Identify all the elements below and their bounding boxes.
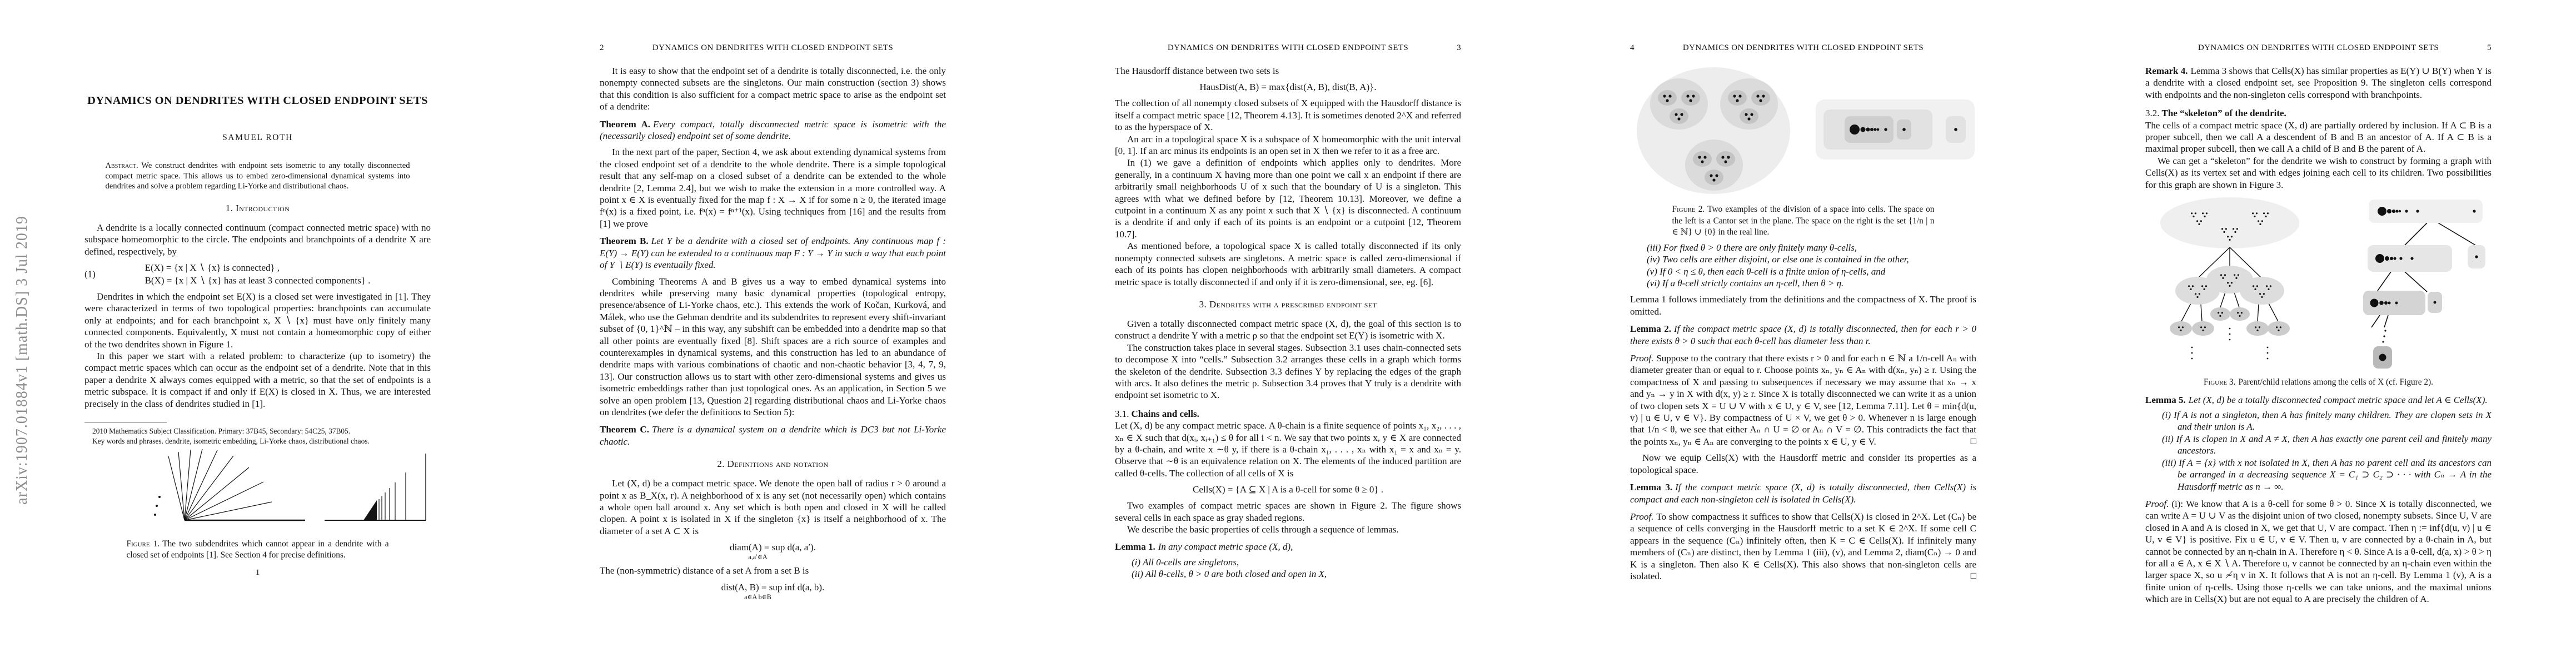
figure-2-caption: Figure 2.Two examples of the division of… bbox=[1672, 204, 1935, 238]
paragraph: In (1) we gave a definition of endpoints… bbox=[1115, 157, 1461, 240]
lemma-3-proof: Proof.To show compactness it suffices to… bbox=[1630, 511, 1976, 582]
equation-diam: diam(A) = sup d(a, a′). a,a′∈A bbox=[600, 541, 946, 561]
subsection-number: 3.1. bbox=[1115, 409, 1129, 419]
equation-dist: dist(A, B) = sup inf d(a, b). a∈A b∈B bbox=[600, 581, 946, 601]
page-number: 5 bbox=[2473, 43, 2492, 53]
lemma-1-text: In any compact metric space (X, d), bbox=[1158, 541, 1293, 552]
paragraph: Combining Theorems A and B gives us a wa… bbox=[600, 276, 946, 419]
cantor-cells-tree-icon bbox=[2160, 197, 2299, 359]
qed-symbol: □ bbox=[1971, 435, 1976, 447]
figure-1-caption-label: Figure 1. bbox=[127, 539, 160, 549]
list-item: (i) All 0-cells are singletons, bbox=[1115, 556, 1461, 568]
subsection-number: 3.2. bbox=[2145, 108, 2160, 118]
proof-label: Proof. bbox=[1630, 511, 1653, 522]
list-item: (iii) For fixed θ > 0 there are only fin… bbox=[1630, 242, 1976, 253]
subsection-heading-skeleton: 3.2.The “skeleton” of the dendrite. bbox=[2145, 107, 2492, 119]
paragraph: Dendrites in which the endpoint set E(X)… bbox=[84, 291, 431, 350]
page-1: arXiv:1907.01884v1 [math.DS] 3 Jul 2019 … bbox=[0, 0, 515, 667]
paragraph: A dendrite is a locally connected contin… bbox=[84, 222, 431, 257]
theorem-c-text: There is a dynamical system on a dendrit… bbox=[600, 424, 946, 446]
section-heading-definitions: 2. Definitions and notation bbox=[600, 459, 946, 470]
paper-title: DYNAMICS ON DENDRITES WITH CLOSED ENDPOI… bbox=[84, 94, 431, 107]
equation-1-line-2: B(X) = {x | X ∖ {x} has at least 3 conne… bbox=[145, 274, 371, 287]
paragraph: Now we equip Cells(X) with the Hausdorff… bbox=[1630, 452, 1976, 476]
section-heading-dendrites: 3. Dendrites with a prescribed endpoint … bbox=[1115, 299, 1461, 310]
cantor-set-cells-icon bbox=[1637, 67, 1790, 194]
theorem-a-label: Theorem A. bbox=[600, 119, 650, 130]
theorem-a: Theorem A.Every compact, totally disconn… bbox=[600, 118, 946, 142]
proof-text: To show compactness it suffices to show … bbox=[1630, 511, 1976, 581]
equation-dist-subscript: a∈A b∈B bbox=[585, 594, 931, 601]
paragraph: The (non-symmetric) distance of a set A … bbox=[600, 565, 946, 576]
author-name: SAMUEL ROTH bbox=[84, 133, 431, 143]
lemma-1-items-continued: (iii) For fixed θ > 0 there are only fin… bbox=[1630, 242, 1976, 290]
running-header: 2 DYNAMICS ON DENDRITES WITH CLOSED ENDP… bbox=[600, 43, 946, 53]
proof-label: Proof. bbox=[2145, 499, 2169, 509]
equation-diam-main: diam(A) = sup d(a, a′). bbox=[600, 541, 946, 554]
lemma-1-items: (i) All 0-cells are singletons, (ii) All… bbox=[1115, 556, 1461, 580]
paragraph: It is easy to show that the endpoint set… bbox=[600, 65, 946, 113]
page-5: DYNAMICS ON DENDRITES WITH CLOSED ENDPOI… bbox=[2061, 0, 2576, 667]
equation-diam-subscript: a,a′∈A bbox=[585, 554, 931, 561]
equation-1-label: (1) bbox=[84, 268, 96, 281]
list-item: (i) If A is not a singleton, then A has … bbox=[2145, 409, 2492, 433]
paragraph: Two examples of compact metric spaces ar… bbox=[1115, 500, 1461, 524]
figure-2 bbox=[1630, 65, 1976, 198]
lemma-5-proof: Proof.(i): We know that A is a θ-cell fo… bbox=[2145, 498, 2492, 605]
lemma-3: Lemma 3.If the compact metric space (X, … bbox=[1630, 481, 1976, 505]
page-4: 4 DYNAMICS ON DENDRITES WITH CLOSED ENDP… bbox=[1546, 0, 2061, 667]
paragraph: The construction takes place in several … bbox=[1115, 342, 1461, 401]
equation-1: (1) E(X) = {x | X ∖ {x} is connected} , … bbox=[84, 261, 431, 287]
list-item: (iii) If A = {x} with x not isolated in … bbox=[2145, 457, 2492, 492]
list-item: (vi) If a θ-cell strictly contains an η-… bbox=[1630, 277, 1976, 289]
remark-4-label: Remark 4. bbox=[2145, 66, 2188, 76]
theorem-c-label: Theorem C. bbox=[600, 424, 649, 435]
running-header: DYNAMICS ON DENDRITES WITH CLOSED ENDPOI… bbox=[1115, 43, 1461, 53]
remark-4-text: Lemma 3 shows that Cells(X) has similar … bbox=[2145, 66, 2492, 100]
proof-text: (i): We know that A is a θ-cell for some… bbox=[2145, 499, 2492, 604]
running-header: DYNAMICS ON DENDRITES WITH CLOSED ENDPOI… bbox=[2145, 43, 2492, 53]
figure-1-caption: Figure 1.The two subdendrites which cann… bbox=[127, 539, 389, 561]
equation-1-line-1: E(X) = {x | X ∖ {x} is connected} , bbox=[145, 261, 371, 274]
lemma-2-text: If the compact metric space (X, d) is to… bbox=[1630, 323, 1976, 346]
paragraph: The cells of a compact metric space (X, … bbox=[2145, 120, 2492, 155]
paragraph: As mentioned before, a topological space… bbox=[1115, 240, 1461, 288]
running-title: DYNAMICS ON DENDRITES WITH CLOSED ENDPOI… bbox=[2164, 43, 2473, 53]
footnote-msc: 2010 Mathematics Subject Classification.… bbox=[84, 426, 431, 436]
figure-3-caption: Figure 3.Parent/child relations among th… bbox=[2163, 377, 2474, 389]
lemma-1: Lemma 1.In any compact metric space (X, … bbox=[1115, 541, 1461, 552]
figure-3-drawing bbox=[2146, 196, 2491, 370]
paragraph: In this paper we start with a related pr… bbox=[84, 350, 431, 410]
theorem-c: Theorem C.There is a dynamical system on… bbox=[600, 424, 946, 447]
lemma-2: Lemma 2.If the compact metric space (X, … bbox=[1630, 323, 1976, 347]
subsection-title: Chains and cells. bbox=[1132, 409, 1199, 419]
paragraph: Let (X, d) be any compact metric space. … bbox=[1115, 420, 1461, 479]
paragraph: Lemma 1 follows immediately from the def… bbox=[1630, 293, 1976, 317]
arxiv-watermark: arXiv:1907.01884v1 [math.DS] 3 Jul 2019 bbox=[13, 216, 31, 505]
qed-symbol: □ bbox=[1971, 570, 1976, 581]
figure-2-drawing bbox=[1631, 65, 1976, 196]
fan-dendrite-icon bbox=[154, 449, 305, 520]
list-item: (iv) Two cells are either disjoint, or e… bbox=[1630, 253, 1976, 265]
comb-dendrite-icon bbox=[325, 454, 426, 520]
equation-dist-main: dist(A, B) = sup inf d(a, b). bbox=[600, 581, 946, 594]
page-3: DYNAMICS ON DENDRITES WITH CLOSED ENDPOI… bbox=[1030, 0, 1546, 667]
figure-2-caption-text: Two examples of the division of a space … bbox=[1672, 205, 1935, 237]
page-number: 3 bbox=[1442, 43, 1461, 53]
figure-3 bbox=[2145, 196, 2492, 372]
theorem-a-text: Every compact, totally disconnected metr… bbox=[600, 119, 946, 141]
list-item: (v) If 0 < η ≤ θ, then each θ-cell is a … bbox=[1630, 266, 1976, 277]
figure-3-caption-text: Parent/child relations among the cells o… bbox=[2238, 377, 2433, 387]
theorem-b: Theorem B.Let Y be a dendrite with a clo… bbox=[600, 235, 946, 271]
running-header: 4 DYNAMICS ON DENDRITES WITH CLOSED ENDP… bbox=[1630, 43, 1976, 53]
figure-3-caption-label: Figure 3. bbox=[2204, 377, 2235, 387]
paragraph: An arc in a topological space X is a sub… bbox=[1115, 133, 1461, 157]
running-title: DYNAMICS ON DENDRITES WITH CLOSED ENDPOI… bbox=[1649, 43, 1957, 53]
lemma-5-text: Let (X, d) be a totally disconnected com… bbox=[2189, 395, 2488, 405]
lemma-2-proof: Proof.Suppose to the contrary that there… bbox=[1630, 352, 1976, 447]
paragraph: The Hausdorff distance between two sets … bbox=[1115, 65, 1461, 77]
equation-cells: Cells(X) = {A ⊆ X | A is a θ-cell for so… bbox=[1115, 483, 1461, 496]
running-title: DYNAMICS ON DENDRITES WITH CLOSED ENDPOI… bbox=[619, 43, 927, 53]
abstract-text: We construct dendrites with endpoint set… bbox=[106, 161, 410, 191]
figure-1-drawing bbox=[86, 447, 430, 530]
lemma-2-label: Lemma 2. bbox=[1630, 323, 1671, 334]
section-heading-introduction: 1. Introduction bbox=[84, 203, 431, 214]
paper-canvas: arXiv:1907.01884v1 [math.DS] 3 Jul 2019 … bbox=[0, 0, 2576, 667]
figure-2-caption-label: Figure 2. bbox=[1672, 205, 1705, 214]
abstract: Abstract. We construct dendrites with en… bbox=[106, 161, 410, 192]
footnote-rule bbox=[84, 422, 167, 422]
paragraph: We describe the basic properties of cell… bbox=[1115, 524, 1461, 535]
page-2: 2 DYNAMICS ON DENDRITES WITH CLOSED ENDP… bbox=[515, 0, 1030, 667]
paragraph: The collection of all nonempty closed su… bbox=[1115, 97, 1461, 133]
paragraph: We can get a “skeleton” for the dendrite… bbox=[2145, 155, 2492, 191]
remark-4: Remark 4.Lemma 3 shows that Cells(X) has… bbox=[2145, 65, 2492, 101]
paragraph: Given a totally disconnected compact met… bbox=[1115, 318, 1461, 342]
lemma-5: Lemma 5.Let (X, d) be a totally disconne… bbox=[2145, 394, 2492, 406]
harmonic-cells-tree-icon bbox=[2363, 200, 2485, 369]
theorem-b-label: Theorem B. bbox=[600, 236, 649, 246]
lemma-3-label: Lemma 3. bbox=[1630, 482, 1672, 492]
proof-text: Suppose to the contrary that there exist… bbox=[1630, 353, 1976, 447]
subsection-heading-chains-cells: 3.1.Chains and cells. bbox=[1115, 408, 1461, 420]
list-item: (ii) All θ-cells, θ > 0 are both closed … bbox=[1115, 568, 1461, 580]
lemma-5-label: Lemma 5. bbox=[2145, 395, 2186, 405]
harmonic-sequence-cells-icon bbox=[1816, 99, 1975, 160]
abstract-label: Abstract. bbox=[106, 161, 138, 170]
equation-hausdist: HausDist(A, B) = max{dist(A, B), dist(B,… bbox=[1115, 81, 1461, 93]
lemma-1-label: Lemma 1. bbox=[1115, 541, 1155, 552]
figure-1-caption-text: The two subdendrites which cannot appear… bbox=[127, 539, 389, 560]
paragraph: In the next part of the paper, Section 4… bbox=[600, 146, 946, 230]
page-number: 4 bbox=[1630, 43, 1649, 53]
list-item: (ii) If A is clopen in X and A ≠ X, then… bbox=[2145, 433, 2492, 457]
lemma-5-items: (i) If A is not a singleton, then A has … bbox=[2145, 409, 2492, 492]
theorem-b-text: Let Y be a dendrite with a closed set of… bbox=[600, 236, 946, 270]
page-number: 2 bbox=[600, 43, 619, 53]
running-title: DYNAMICS ON DENDRITES WITH CLOSED ENDPOI… bbox=[1134, 43, 1442, 53]
subsection-title: The “skeleton” of the dendrite. bbox=[2162, 108, 2286, 118]
proof-label: Proof. bbox=[1630, 353, 1653, 364]
figure-1 bbox=[84, 447, 431, 533]
page-number: 1 bbox=[84, 568, 431, 578]
paragraph: Let (X, d) be a compact metric space. We… bbox=[600, 477, 946, 537]
lemma-3-text: If the compact metric space (X, d) is to… bbox=[1630, 482, 1976, 504]
footnote-keywords: Key words and phrases. dendrite, isometr… bbox=[84, 436, 431, 446]
